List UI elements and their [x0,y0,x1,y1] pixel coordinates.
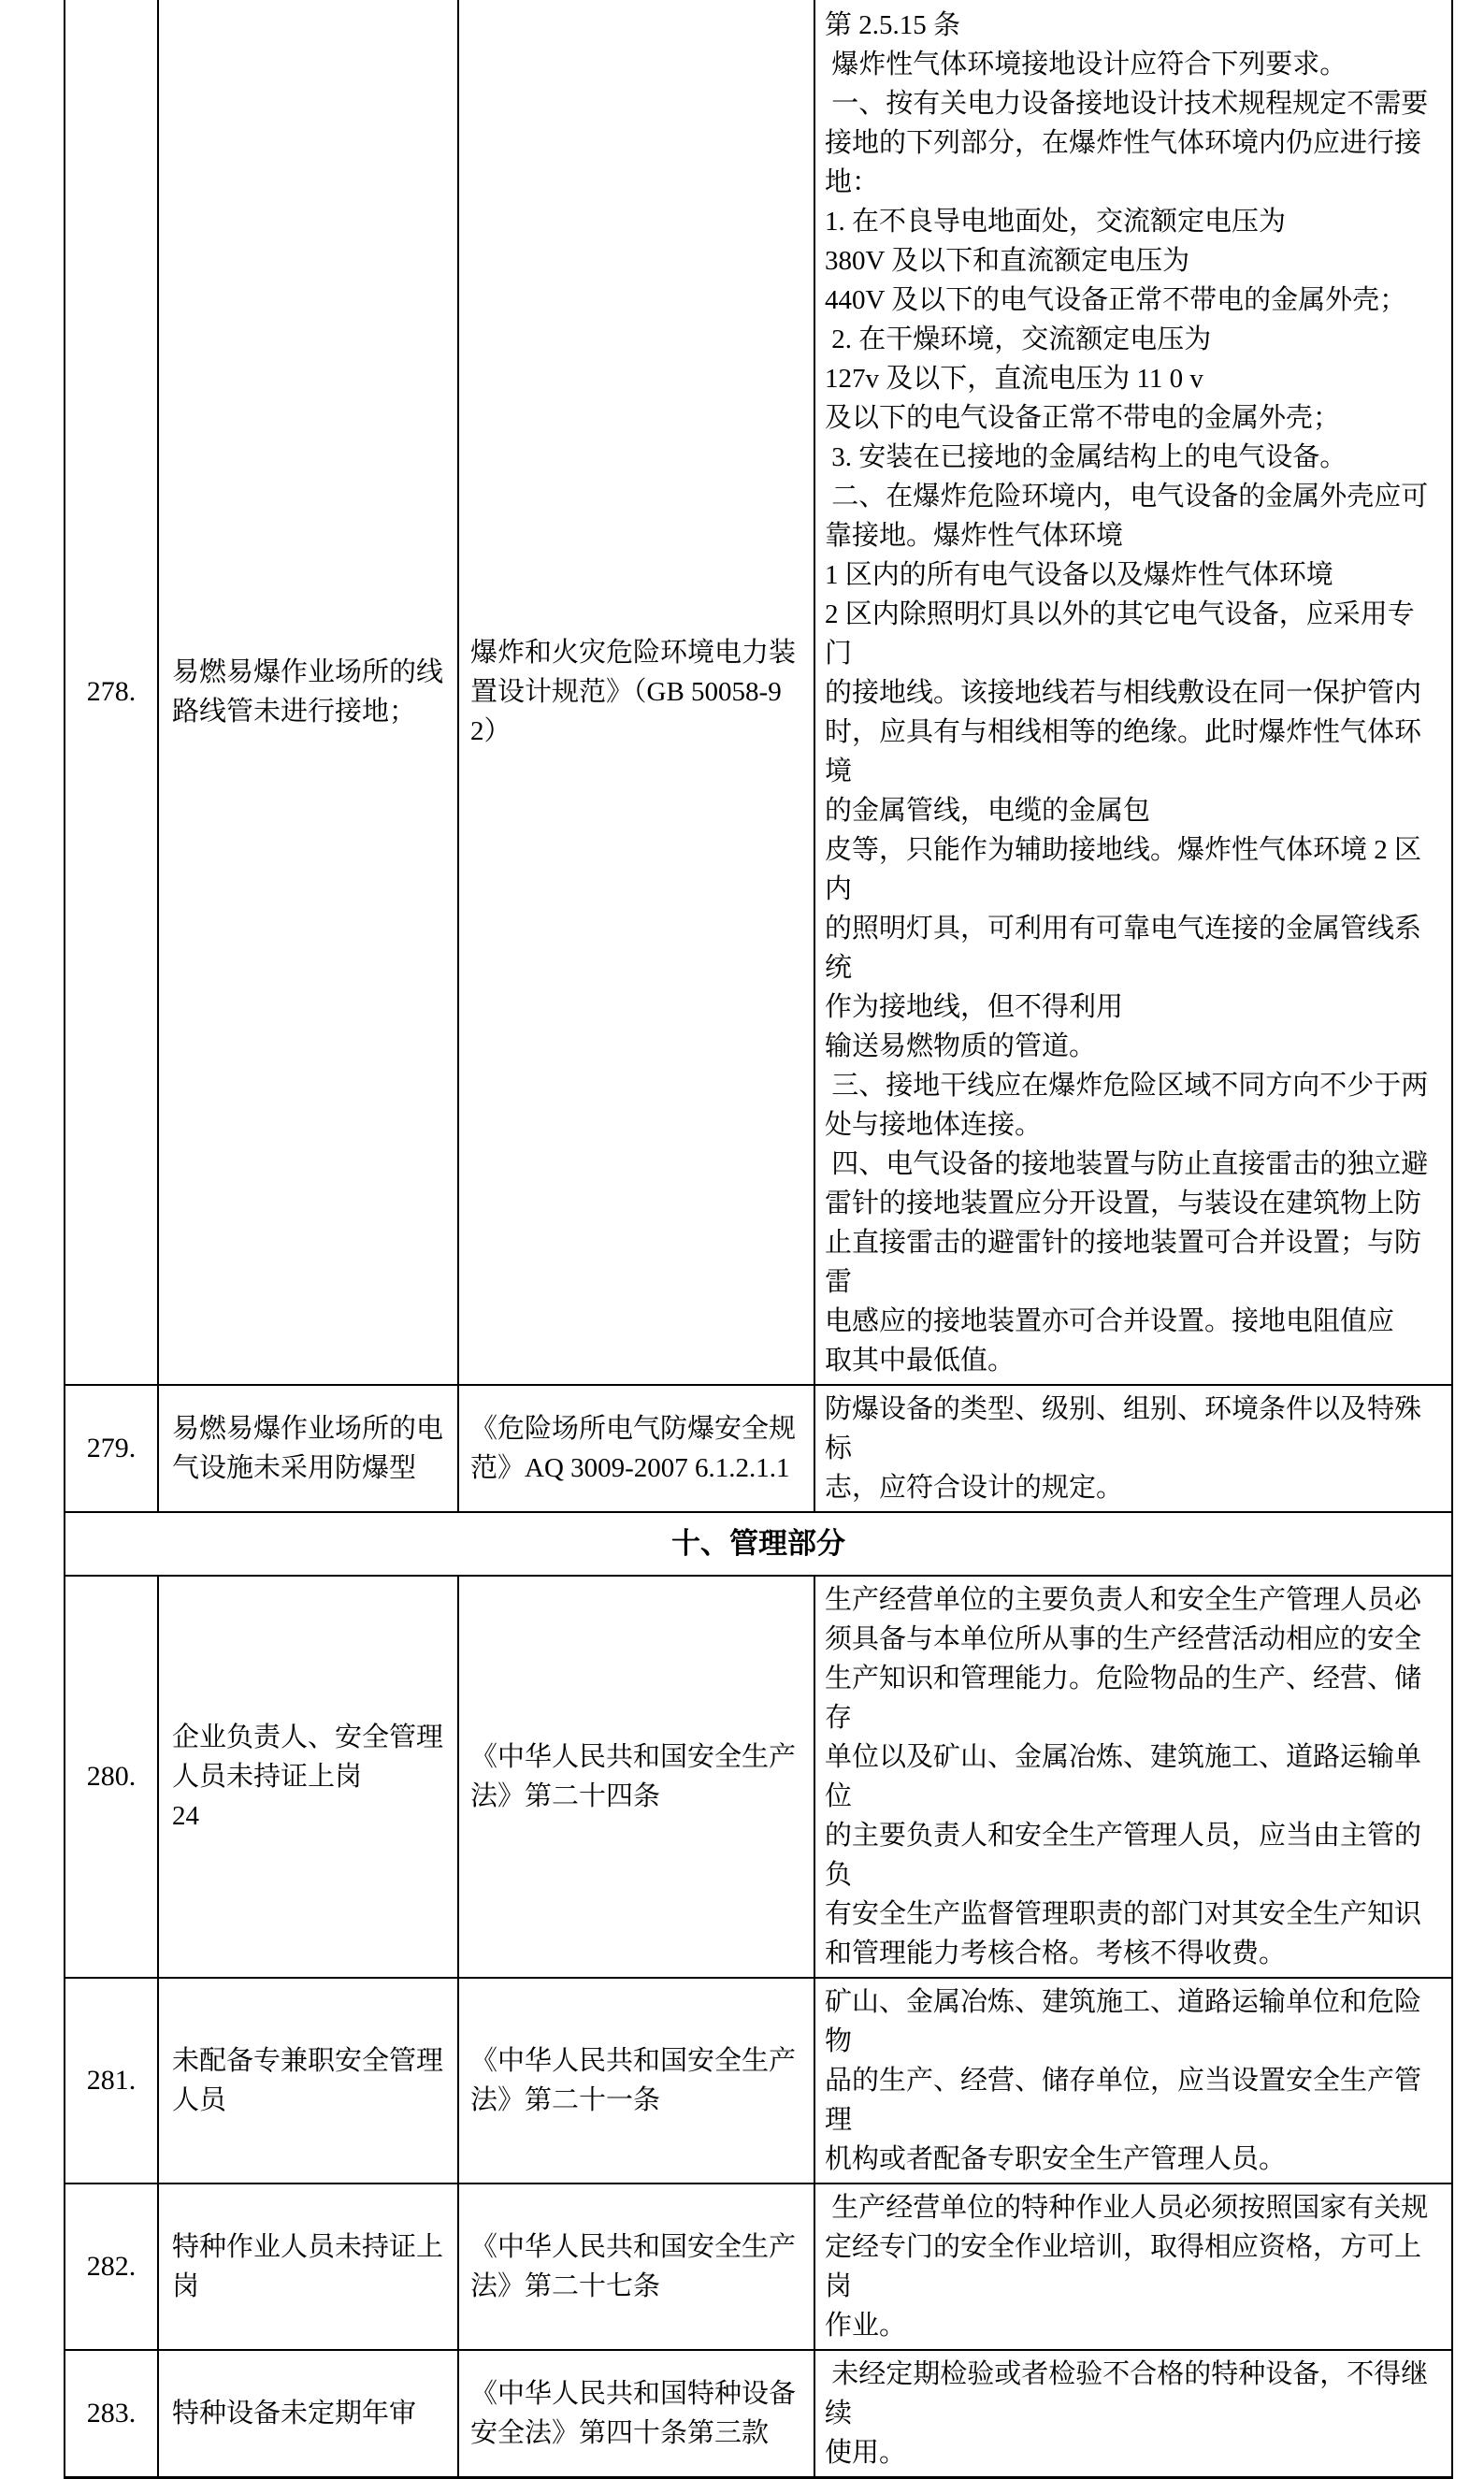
requirement-text: 第 2.5.15 条 爆炸性气体环境接地设计应符合下列要求。 一、按有关电力设备… [814,0,1452,1385]
table-row: 279. 易燃易爆作业场所的电 气设施未采用防爆型 《危险场所电气防爆安全规 范… [65,1385,1452,1512]
issue-description: 未配备专兼职安全管理 人员 [158,1978,458,2184]
section-header-row: 十、管理部分 [65,1512,1452,1576]
requirement-text: 生产经营单位的主要负责人和安全生产管理人员必 须具备与本单位所从事的生产经营活动… [814,1576,1452,1978]
row-number: 282. [65,2184,158,2350]
row-number: 280. [65,1576,158,1978]
regulation-reference: 《中华人民共和国安全生产 法》第二十一条 [458,1978,814,2184]
regulation-reference: 《中华人民共和国安全生产 法》第二十七条 [458,2184,814,2350]
table-row: 278. 易燃易爆作业场所的线 路线管未进行接地； 爆炸和火灾危险环境电力装 置… [65,0,1452,1385]
issue-description: 特种设备未定期年审 [158,2350,458,2478]
safety-regulation-table: 278. 易燃易爆作业场所的线 路线管未进行接地； 爆炸和火灾危险环境电力装 置… [64,0,1453,2479]
requirement-text: 未经定期检验或者检验不合格的特种设备，不得继续 使用。 [814,2350,1452,2478]
issue-description: 企业负责人、安全管理 人员未持证上岗 24 [158,1576,458,1978]
document-page: 278. 易燃易爆作业场所的线 路线管未进行接地； 爆炸和火灾危险环境电力装 置… [0,0,1484,2099]
section-header: 十、管理部分 [65,1512,1452,1576]
regulation-reference: 《中华人民共和国安全生产 法》第二十四条 [458,1576,814,1978]
requirement-text: 生产经营单位的特种作业人员必须按照国家有关规 定经专门的安全作业培训，取得相应资… [814,2184,1452,2350]
issue-description: 易燃易爆作业场所的线 路线管未进行接地； [158,0,458,1385]
row-number: 283. [65,2350,158,2478]
regulation-reference: 爆炸和火灾危险环境电力装 置设计规范》（GB 50058-92） [458,0,814,1385]
row-number: 281. [65,1978,158,2184]
table-row: 281. 未配备专兼职安全管理 人员 《中华人民共和国安全生产 法》第二十一条 … [65,1978,1452,2184]
table-row: 283. 特种设备未定期年审 《中华人民共和国特种设备 安全法》第四十条第三款 … [65,2350,1452,2478]
issue-description: 特种作业人员未持证上 岗 [158,2184,458,2350]
row-number: 279. [65,1385,158,1512]
table-row: 282. 特种作业人员未持证上 岗 《中华人民共和国安全生产 法》第二十七条 生… [65,2184,1452,2350]
requirement-text: 矿山、金属冶炼、建筑施工、道路运输单位和危险物 品的生产、经营、储存单位，应当设… [814,1978,1452,2184]
regulation-reference: 《危险场所电气防爆安全规 范》AQ 3009-2007 6.1.2.1.1 [458,1385,814,1512]
issue-description: 易燃易爆作业场所的电 气设施未采用防爆型 [158,1385,458,1512]
regulation-reference: 《中华人民共和国特种设备 安全法》第四十条第三款 [458,2350,814,2478]
row-number: 278. [65,0,158,1385]
table-row: 280. 企业负责人、安全管理 人员未持证上岗 24 《中华人民共和国安全生产 … [65,1576,1452,1978]
requirement-text: 防爆设备的类型、级别、组别、环境条件以及特殊标 志，应符合设计的规定。 [814,1385,1452,1512]
